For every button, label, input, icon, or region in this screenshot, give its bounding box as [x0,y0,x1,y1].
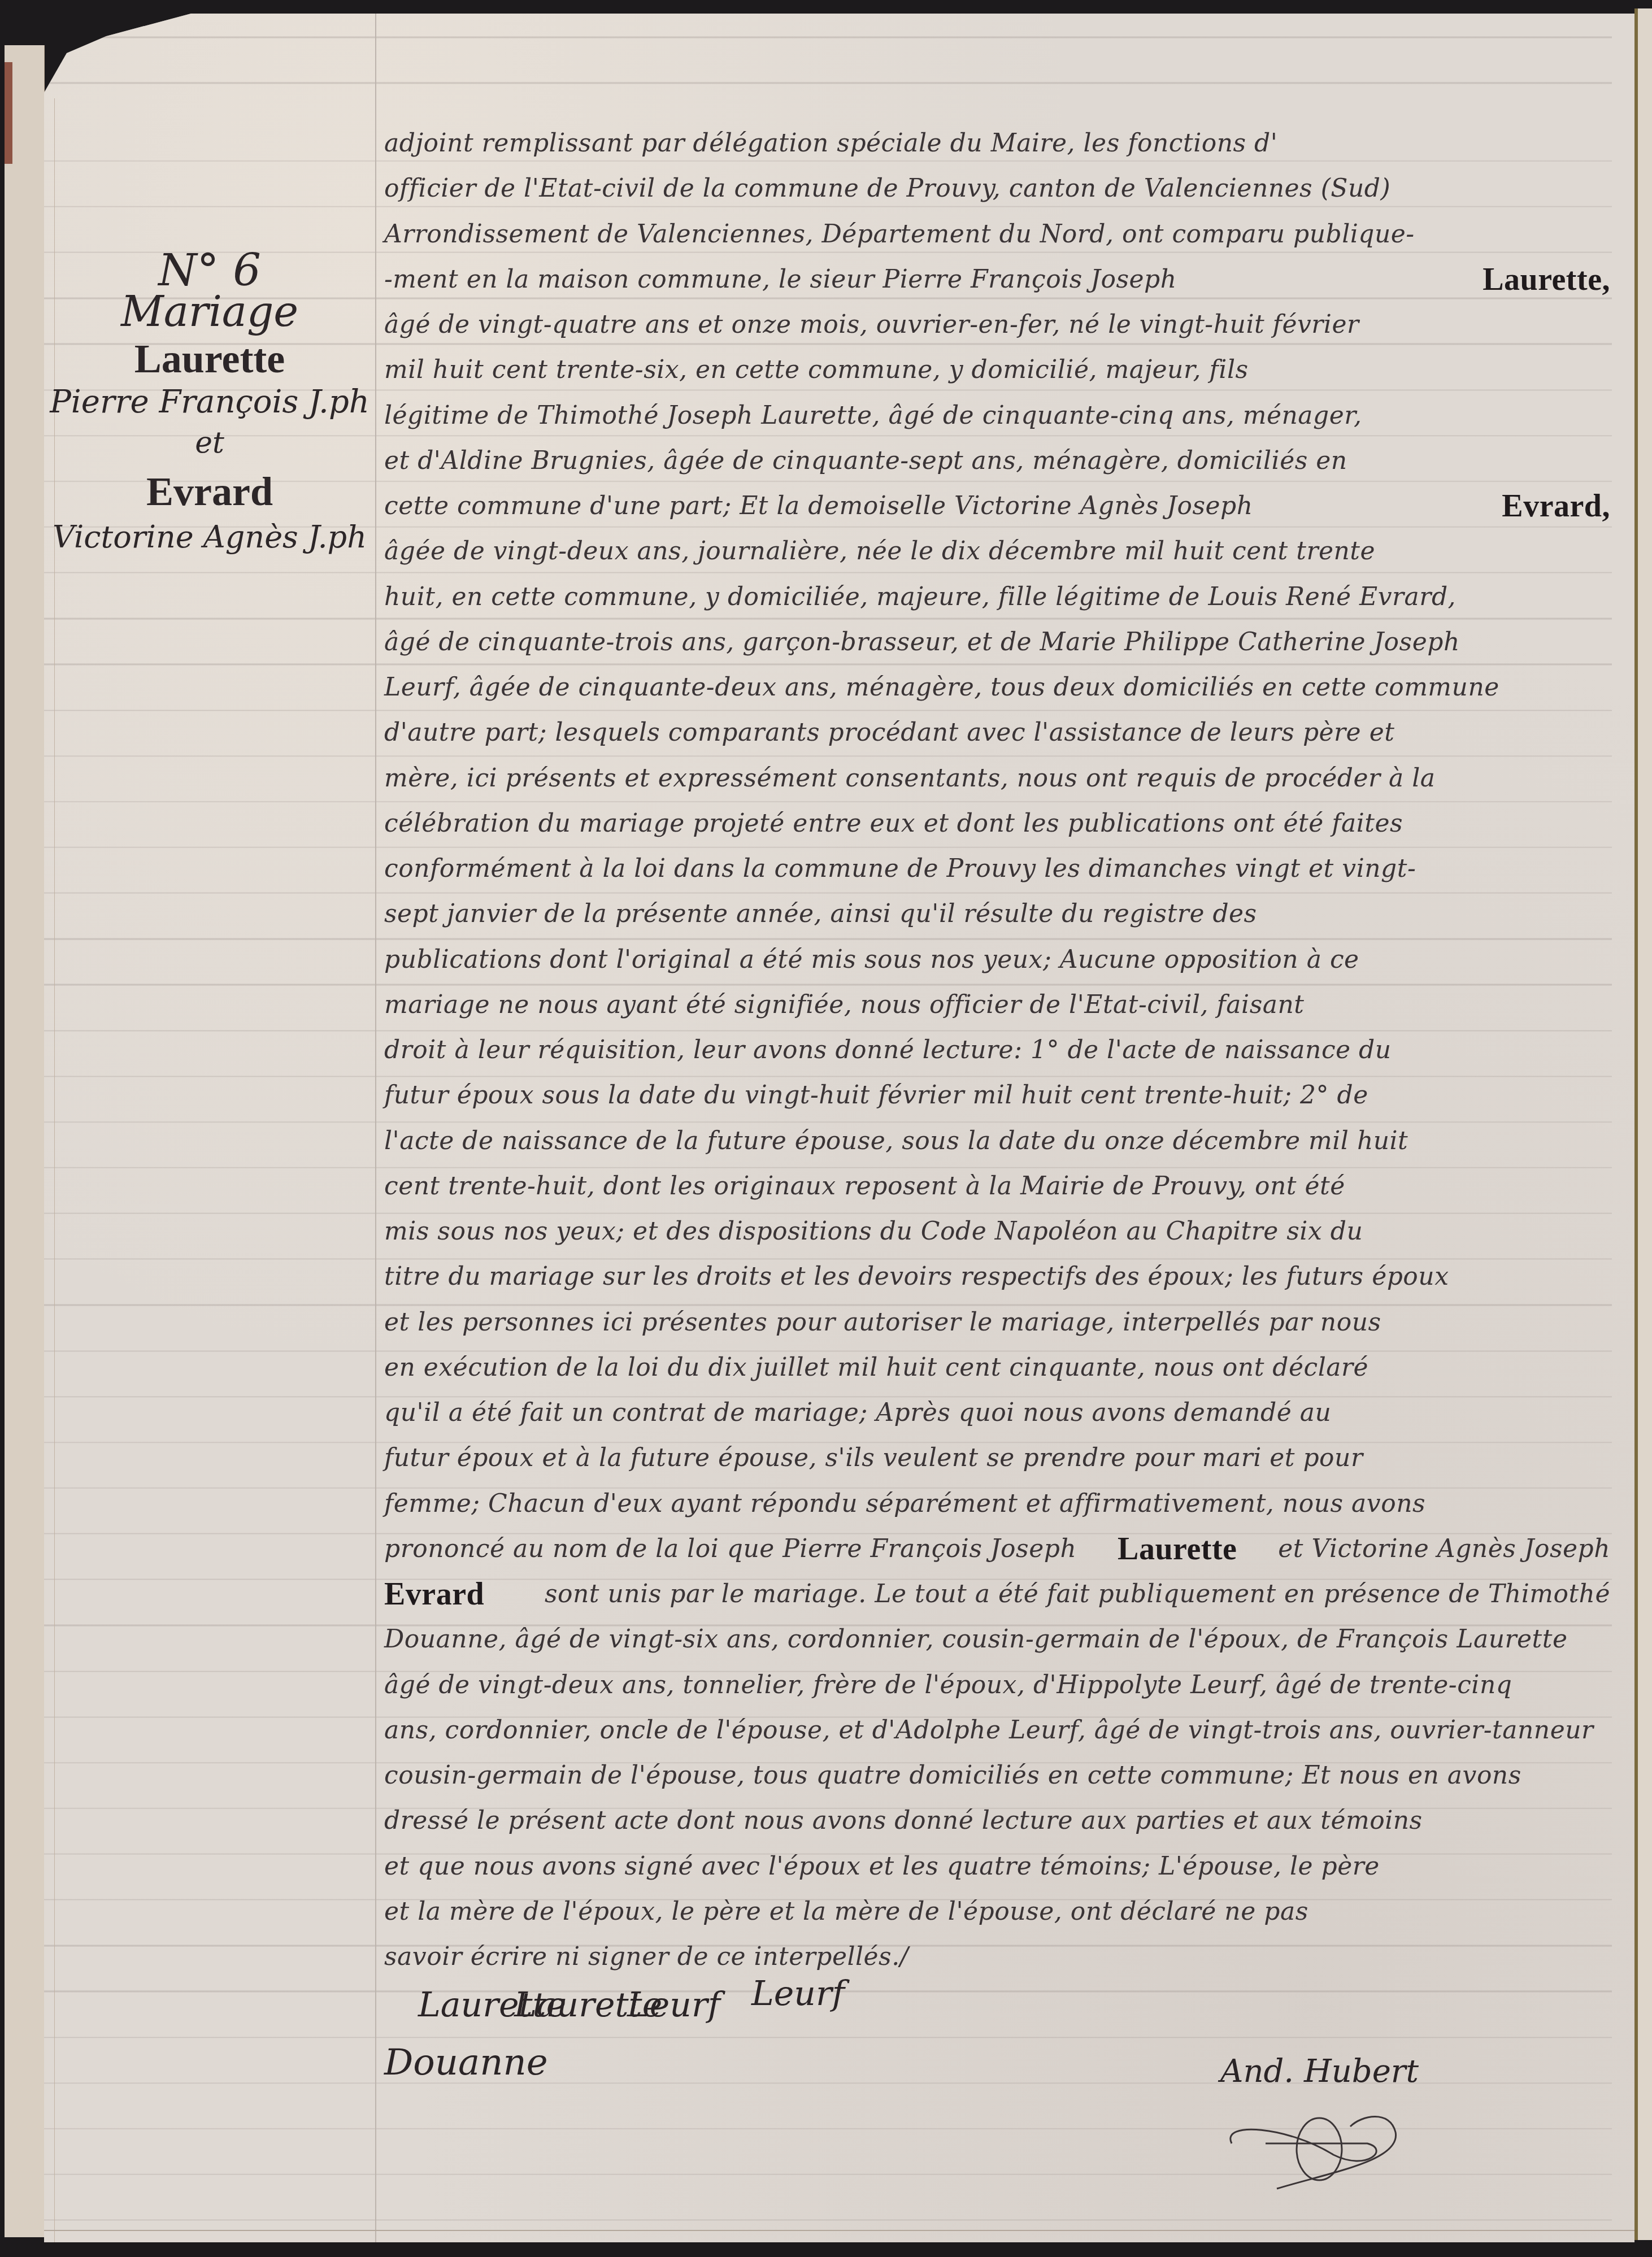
line-text: publications dont l'original a été mis s… [384,937,1359,982]
bride-given-names: Victorine Agnès J.ph [44,519,375,555]
line-text: âgée de vingt-deux ans, journalière, née… [384,529,1375,574]
line-text: Leurf, âgée de cinquante-deux ans, ménag… [384,665,1499,710]
text-line: qu'il a été fait un contrat de mariage; … [384,1390,1610,1436]
line-text: -ment en la maison commune, le sieur Pie… [384,257,1177,302]
line-text: adjoint remplissant par délégation spéci… [384,121,1277,166]
text-line: sept janvier de la présente année, ainsi… [384,892,1610,937]
groom-surname: Laurette [44,336,375,382]
line-text: mis sous nos yeux; et des dispositions d… [384,1209,1363,1254]
text-line: savoir écrire ni signer de ce interpellé… [384,1934,1610,1980]
line-text: légitime de Thimothé Joseph Laurette, âg… [384,393,1362,438]
text-line: âgé de cinquante-trois ans, garçon-brass… [384,620,1610,665]
line-text: ans, cordonnier, oncle de l'épouse, et d… [384,1708,1594,1753]
line-text: célébration du mariage projeté entre eux… [384,801,1403,846]
line-text: prononcé au nom de la loi que Pierre Fra… [384,1527,1076,1572]
line-text: mariage ne nous ayant été signifiée, nou… [384,982,1304,1028]
text-line: titre du mariage sur les droits et les d… [384,1254,1610,1299]
text-line: mère, ici présents et expressément conse… [384,756,1610,801]
text-line: et les personnes ici présentes pour auto… [384,1300,1610,1345]
line-text: âgé de vingt-quatre ans et onze mois, ou… [384,302,1359,347]
line-text: en exécution de la loi du dix juillet mi… [384,1345,1368,1390]
line-text: et la mère de l'époux, le père et la mèr… [384,1889,1308,1934]
line-text: mère, ici présents et expressément conse… [384,756,1435,801]
signature-flourish-icon [1220,2110,1412,2200]
line-text: cousin-germain de l'épouse, tous quatre … [384,1753,1521,1798]
line-text: mil huit cent trente-six, en cette commu… [384,347,1249,393]
line-text: conformément à la loi dans la commune de… [384,846,1416,892]
line-text: titre du mariage sur les droits et les d… [384,1254,1449,1299]
line-text: officier de l'Etat-civil de la commune d… [384,166,1390,211]
line-text: huit, en cette commune, y domiciliée, ma… [384,575,1456,620]
line-text-continued: et Victorine Agnès Joseph [1278,1527,1610,1572]
text-line: droit à leur réquisition, leur avons don… [384,1028,1610,1073]
bride-surname: Evrard [44,468,375,515]
line-text: futur époux sous la date du vingt-huit f… [384,1073,1368,1118]
text-line: âgé de vingt-quatre ans et onze mois, ou… [384,302,1610,347]
line-text: et les personnes ici présentes pour auto… [384,1300,1381,1345]
text-line: Douanne, âgé de vingt-six ans, cordonnie… [384,1617,1610,1662]
line-text: âgé de cinquante-trois ans, garçon-brass… [384,620,1460,665]
text-line: cousin-germain de l'épouse, tous quatre … [384,1753,1610,1798]
line-text: cette commune d'une part; Et la demoisel… [384,484,1253,529]
act-body: adjoint remplissant par délégation spéci… [384,121,1610,1980]
text-line: publications dont l'original a été mis s… [384,937,1610,982]
line-text: sont unis par le mariage. Le tout a été … [545,1572,1610,1617]
text-line: et d'Aldine Brugnies, âgée de cinquante-… [384,438,1610,484]
text-line: célébration du mariage projeté entre eux… [384,801,1610,846]
text-line: conformément à la loi dans la commune de… [384,846,1610,892]
text-line: officier de l'Etat-civil de la commune d… [384,166,1610,211]
signature-witness-leurf-1: Leurf [627,1985,720,2025]
groom-given-names: Pierre François J.ph [44,384,375,420]
adjacent-page-edge [1634,8,1652,2240]
line-text: l'acte de naissance de la future épouse,… [384,1119,1408,1164]
text-line: prononcé au nom de la loi que Pierre Fra… [384,1527,1610,1572]
line-text: et d'Aldine Brugnies, âgée de cinquante-… [384,438,1347,484]
text-line: adjoint remplissant par délégation spéci… [384,121,1610,166]
text-line: cent trente-huit, dont les originaux rep… [384,1164,1610,1209]
text-line: l'acte de naissance de la future épouse,… [384,1119,1610,1164]
line-text: Douanne, âgé de vingt-six ans, cordonnie… [384,1617,1567,1662]
margin-rule [375,14,376,2242]
text-line: mis sous nos yeux; et des dispositions d… [384,1209,1610,1254]
line-text: cent trente-huit, dont les originaux rep… [384,1164,1345,1209]
text-line: et que nous avons signé avec l'époux et … [384,1844,1610,1889]
text-line: d'autre part; lesquels comparants procéd… [384,710,1610,755]
text-line: huit, en cette commune, y domiciliée, ma… [384,575,1610,620]
signature-witness-douanne: Douanne [384,2042,548,2084]
line-text: âgé de vingt-deux ans, tonnelier, frère … [384,1663,1512,1708]
line-text: d'autre part; lesquels comparants procéd… [384,710,1394,755]
text-line: -ment en la maison commune, le sieur Pie… [384,257,1610,302]
text-line: futur époux et à la future épouse, s'ils… [384,1436,1610,1481]
highlighted-surname: Laurette, [1483,257,1610,302]
text-line: Arrondissement de Valenciennes, Départem… [384,212,1610,257]
text-line: futur époux sous la date du vingt-huit f… [384,1073,1610,1118]
text-line: Evrardsont unis par le mariage. Le tout … [384,1572,1610,1617]
signature-witness-leurf-2: Leurf [751,1974,845,2014]
text-line: dressé le présent acte dont nous avons d… [384,1798,1610,1843]
text-line: âgée de vingt-deux ans, journalière, née… [384,529,1610,574]
highlighted-surname: Evrard [384,1572,484,1617]
line-text: sept janvier de la présente année, ainsi… [384,892,1257,937]
highlighted-surname: Laurette [1118,1527,1237,1572]
register-page: N° 6 Mariage Laurette Pierre François J.… [44,14,1634,2242]
conjunction: et [44,426,375,460]
text-line: et la mère de l'époux, le père et la mèr… [384,1889,1610,1934]
line-text: droit à leur réquisition, leur avons don… [384,1028,1392,1073]
text-line: mariage ne nous ayant été signifiée, nou… [384,982,1610,1028]
line-text: futur époux et à la future épouse, s'ils… [384,1436,1363,1481]
text-line: légitime de Thimothé Joseph Laurette, âg… [384,393,1610,438]
signature-officer: And. Hubert [1220,2053,1419,2090]
page-bottom-edge [44,2230,1634,2231]
line-text: Arrondissement de Valenciennes, Départem… [384,212,1415,257]
line-text: et que nous avons signé avec l'époux et … [384,1844,1380,1889]
text-line: Leurf, âgée de cinquante-deux ans, ménag… [384,665,1610,710]
text-line: en exécution de la loi du dix juillet mi… [384,1345,1610,1390]
text-line: femme; Chacun d'eux ayant répondu séparé… [384,1481,1610,1527]
underlying-page-edge [5,45,45,2237]
text-line: cette commune d'une part; Et la demoisel… [384,484,1610,529]
text-line: ans, cordonnier, oncle de l'épouse, et d… [384,1708,1610,1753]
line-text: femme; Chacun d'eux ayant répondu séparé… [384,1481,1425,1527]
line-text: qu'il a été fait un contrat de mariage; … [384,1390,1331,1436]
text-line: mil huit cent trente-six, en cette commu… [384,347,1610,393]
highlighted-surname: Evrard, [1502,484,1610,529]
text-line: âgé de vingt-deux ans, tonnelier, frère … [384,1663,1610,1708]
act-type-heading: Mariage [44,288,375,336]
signature-block: Laurette Laurette Leurf Leurf Douanne An… [384,1974,1627,2200]
line-text: dressé le présent acte dont nous avons d… [384,1798,1423,1843]
line-text: savoir écrire ni signer de ce interpellé… [384,1934,908,1980]
binding-edge [5,62,12,164]
